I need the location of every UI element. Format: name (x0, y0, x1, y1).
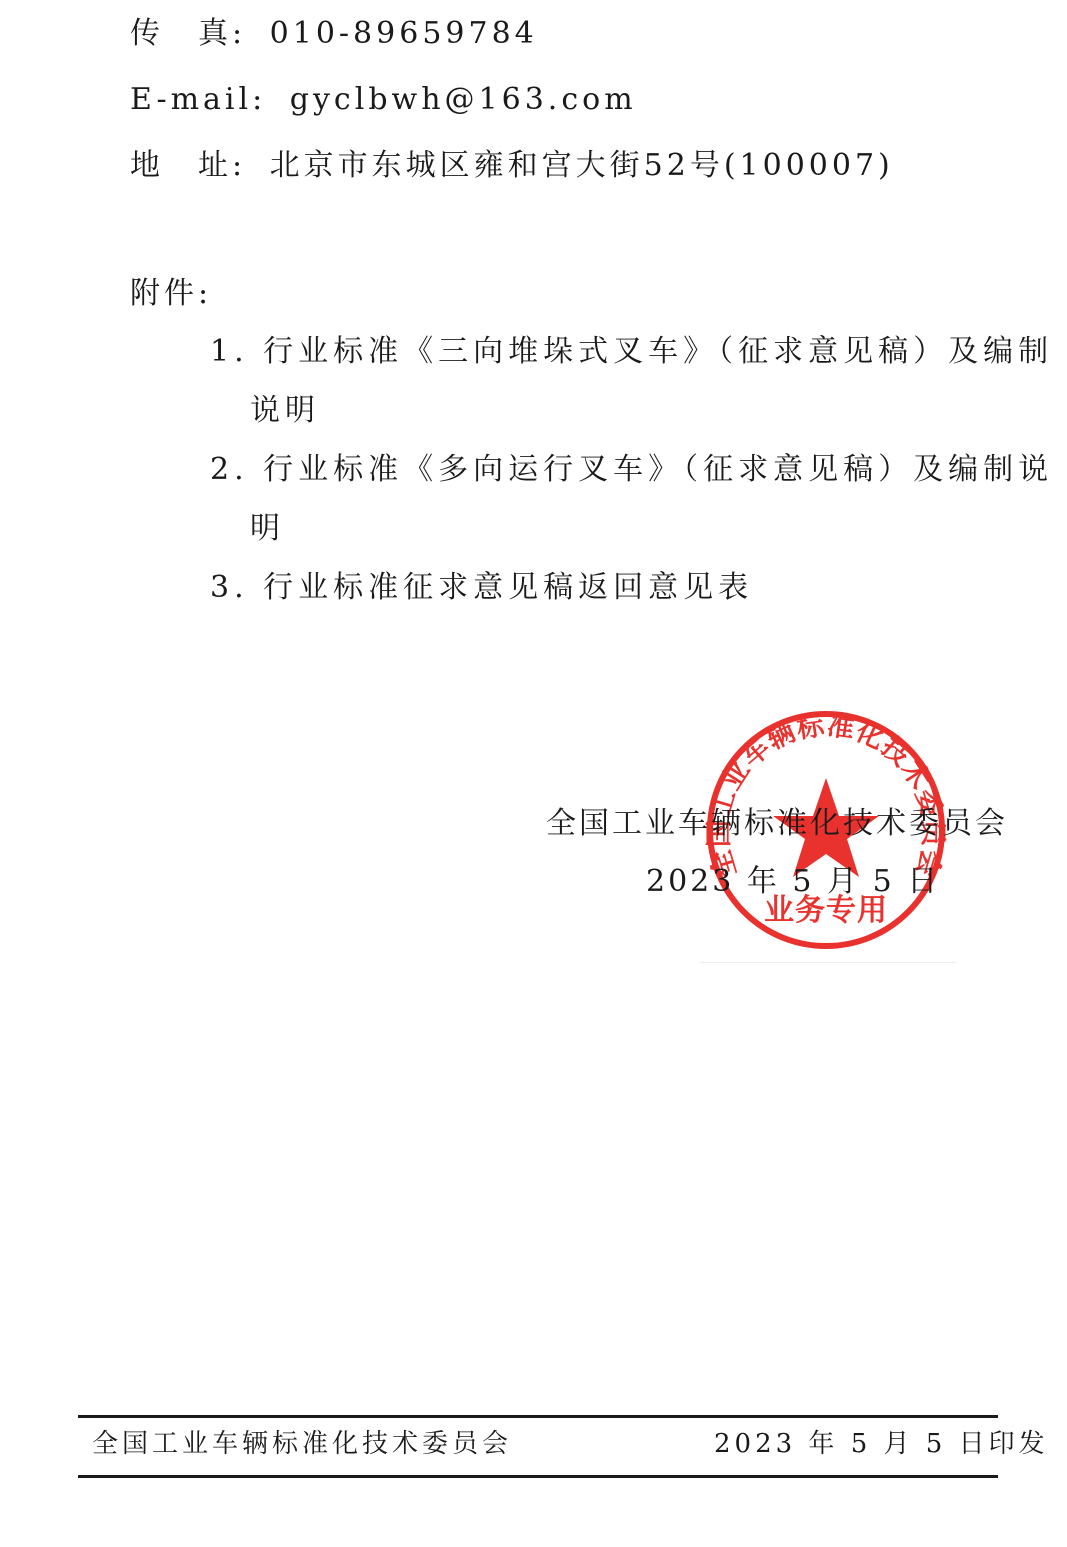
email-line: E-mail: gyclbwh@163.com (130, 82, 637, 118)
attachments-heading: 附件: (130, 276, 212, 312)
attachment-text: 行业标准征求意见稿返回意见表 (263, 570, 753, 605)
footer-organization: 全国工业车辆标准化技术委员会 (92, 1428, 512, 1460)
footer-issued-date: 2023 年 5 月 5 日印发 (714, 1428, 1049, 1460)
attachment-number: 2. (210, 452, 249, 487)
address-line: 地 址: 北京市东城区雍和宫大街52号(100007) (130, 148, 894, 184)
attachment-item-2-continued: 明 (250, 511, 285, 547)
attachment-text: 行业标准《三向堆垛式叉车》（征求意见稿）及编制 (263, 334, 1053, 369)
attachment-item-3: 3. 行业标准征求意见稿返回意见表 (210, 570, 753, 606)
footer-top-rule (78, 1415, 998, 1418)
email-value[interactable]: gyclbwh@163.com (290, 82, 637, 117)
attachment-item-1: 1. 行业标准《三向堆垛式叉车》（征求意见稿）及编制 (210, 334, 1053, 370)
address-value: 北京市东城区雍和宫大街52号(100007) (270, 148, 894, 183)
attachment-text: 行业标准《多向运行叉车》（征求意见稿）及编制说 (263, 452, 1053, 487)
fax-label: 传 真: (130, 16, 246, 52)
attachment-item-2: 2. 行业标准《多向运行叉车》（征求意见稿）及编制说 (210, 452, 1053, 488)
email-label: E-mail: (130, 82, 266, 118)
attachment-number: 3. (210, 570, 249, 605)
footer-bottom-rule (78, 1475, 998, 1478)
seal-shadow-line (700, 962, 956, 963)
signature-date: 2023 年 5 月 5 日 (646, 864, 940, 900)
attachment-number: 1. (210, 334, 249, 369)
signature-organization: 全国工业车辆标准化技术委员会 (546, 806, 1008, 842)
attachment-item-1-continued: 说明 (250, 393, 320, 429)
fax-value: 010-89659784 (270, 16, 538, 51)
fax-line: 传 真: 010-89659784 (130, 16, 538, 52)
address-label: 地 址: (130, 148, 246, 184)
